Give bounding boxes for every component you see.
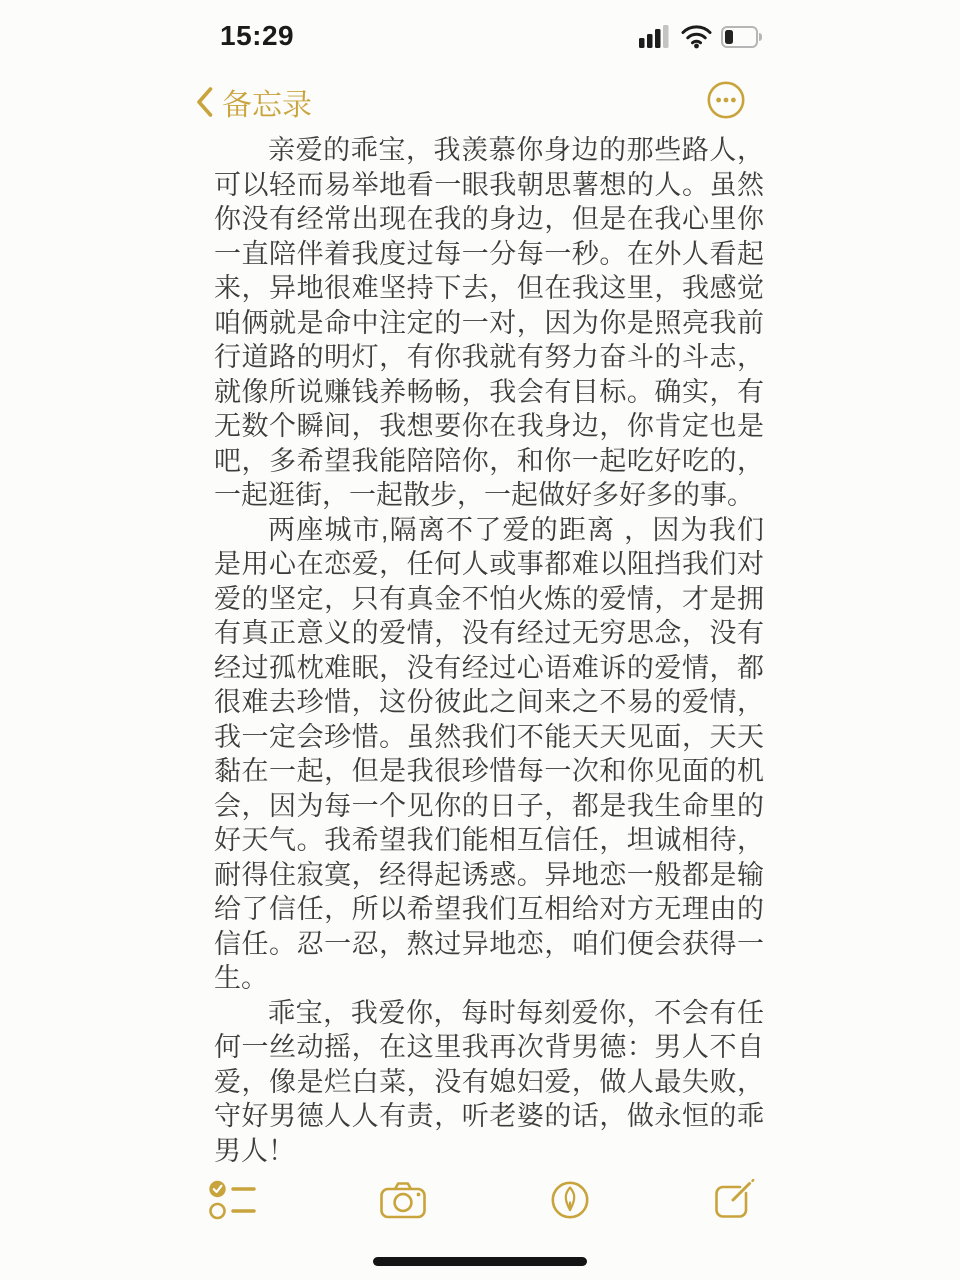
notes-app-screen: 15:29 [0, 0, 960, 1280]
checklist-button[interactable] [208, 1179, 256, 1221]
compose-button[interactable] [714, 1179, 756, 1221]
note-paragraph: 亲爱的乖宝，我羡慕你身边的那些路人，可以轻而易举地看一眼我朝思薯想的人。虽然你没… [214, 133, 764, 513]
status-time: 15:29 [220, 20, 294, 52]
camera-icon [380, 1181, 426, 1219]
back-chevron-icon [196, 86, 213, 118]
status-bar: 15:29 [0, 0, 960, 60]
back-button[interactable]: 备忘录 [196, 80, 312, 124]
ellipsis-circle-icon [706, 80, 746, 120]
checklist-icon [208, 1179, 256, 1221]
more-options-button[interactable] [706, 80, 746, 120]
bottom-toolbar [208, 1176, 756, 1224]
battery-fill [725, 30, 733, 44]
status-icons [639, 24, 762, 50]
cellular-signal-icon [639, 25, 672, 49]
markup-button[interactable] [550, 1180, 590, 1220]
compose-icon [714, 1179, 756, 1221]
wifi-icon [681, 25, 712, 49]
home-indicator[interactable] [373, 1257, 587, 1266]
back-button-label: 备忘录 [222, 80, 312, 124]
note-paragraph: 两座城市,隔离不了爱的距离 ，因为我们是用心在恋爱，任何人或事都难以阻挡我们对爱… [214, 513, 764, 996]
note-content[interactable]: 亲爱的乖宝，我羡慕你身边的那些路人，可以轻而易举地看一眼我朝思薯想的人。虽然你没… [214, 133, 764, 1175]
markup-icon [550, 1180, 590, 1220]
camera-button[interactable] [380, 1181, 426, 1219]
battery-icon [721, 26, 762, 48]
nav-bar: 备忘录 [0, 80, 960, 126]
note-paragraph: 乖宝，我爱你，每时每刻爱你，不会有任何一丝动摇，在这里我再次背男德：男人不自爱，… [214, 996, 764, 1169]
